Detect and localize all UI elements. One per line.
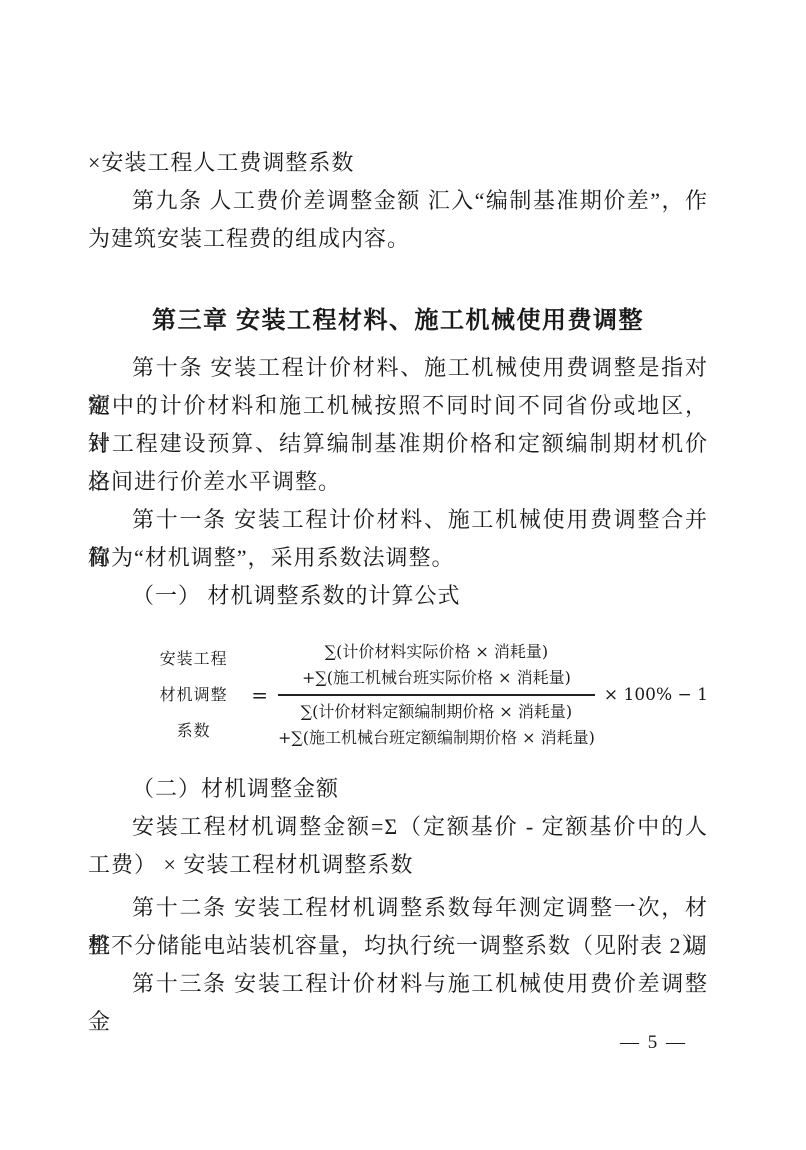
formula-label-line1: 安装工程: [152, 641, 235, 677]
denominator-line2: +∑(施工机械台班定额编制期价格 × 消耗量): [278, 725, 595, 751]
page-number: — 5 —: [620, 1031, 687, 1055]
article11-item2-label: （二）材机调整金额: [88, 770, 708, 808]
materials-machinery-coefficient-formula: 安装工程 材机调整系数 = ∑(计价材料实际价格 × 消耗量) +∑(施工机械台…: [152, 631, 708, 759]
amount-formula-line-1: 安装工程材机调整金额=Σ（定额基价 - 定额基价中的人: [88, 808, 708, 846]
formula-label-line2: 材机调整系数: [152, 677, 235, 749]
article10-line-3: 对工程建设预算、结算编制基准期价格和定额编制期材机价格: [88, 425, 708, 463]
chapter3-heading: 第三章 安装工程材料、施工机械使用费调整: [88, 302, 708, 340]
article13-line-1: 第十三条 安装工程计价材料与施工机械使用费价差调整金: [88, 965, 708, 1003]
article10-line-2: 额中的计价材料和施工机械按照不同时间不同省份或地区，针: [88, 387, 708, 425]
document-content: ×安装工程人工费调整系数 第九条 人工费价差调整金额 汇入“编制基准期价差”，作…: [88, 144, 708, 1003]
formula-suffix: × 100% − 1: [604, 685, 708, 705]
article12-line-1: 第十二条 安装工程材机调整系数每年测定调整一次，材机调: [88, 889, 708, 927]
article10-line-1: 第十条 安装工程计价材料、施工机械使用费调整是指对定: [88, 349, 708, 387]
article12-line-2: 整不分储能电站装机容量，均执行统一调整系数（见附表 2）。: [88, 927, 708, 965]
formula-fraction: ∑(计价材料实际价格 × 消耗量) +∑(施工机械台班实际价格 × 消耗量) ∑…: [278, 639, 595, 751]
numerator-line1: ∑(计价材料实际价格 × 消耗量): [278, 639, 595, 665]
document-page: ×安装工程人工费调整系数 第九条 人工费价差调整金额 汇入“编制基准期价差”，作…: [0, 0, 806, 1150]
article11-line-2: 称为“材机调整”，采用系数法调整。: [88, 539, 708, 577]
amount-formula-line-2: 工费） × 安装工程材机调整系数: [88, 846, 708, 884]
article9-line-2: 为建筑安装工程费的组成内容。: [88, 220, 708, 258]
article10-line-4: 之间进行价差水平调整。: [88, 463, 708, 501]
numerator-line2: +∑(施工机械台班实际价格 × 消耗量): [278, 665, 595, 691]
article11-line-1: 第十一条 安装工程计价材料、施工机械使用费调整合并简: [88, 501, 708, 539]
denominator-line1: ∑(计价材料定额编制期价格 × 消耗量): [278, 699, 595, 725]
formula-continuation-line: ×安装工程人工费调整系数: [88, 144, 708, 182]
equals-sign: =: [251, 683, 268, 707]
article11-item1-label: （一） 材机调整系数的计算公式: [88, 577, 708, 615]
formula-label: 安装工程 材机调整系数: [152, 641, 235, 749]
article9-line-1: 第九条 人工费价差调整金额 汇入“编制基准期价差”，作: [88, 182, 708, 220]
fraction-numerator: ∑(计价材料实际价格 × 消耗量) +∑(施工机械台班实际价格 × 消耗量): [278, 639, 595, 696]
fraction-denominator: ∑(计价材料定额编制期价格 × 消耗量) +∑(施工机械台班定额编制期价格 × …: [278, 696, 595, 751]
